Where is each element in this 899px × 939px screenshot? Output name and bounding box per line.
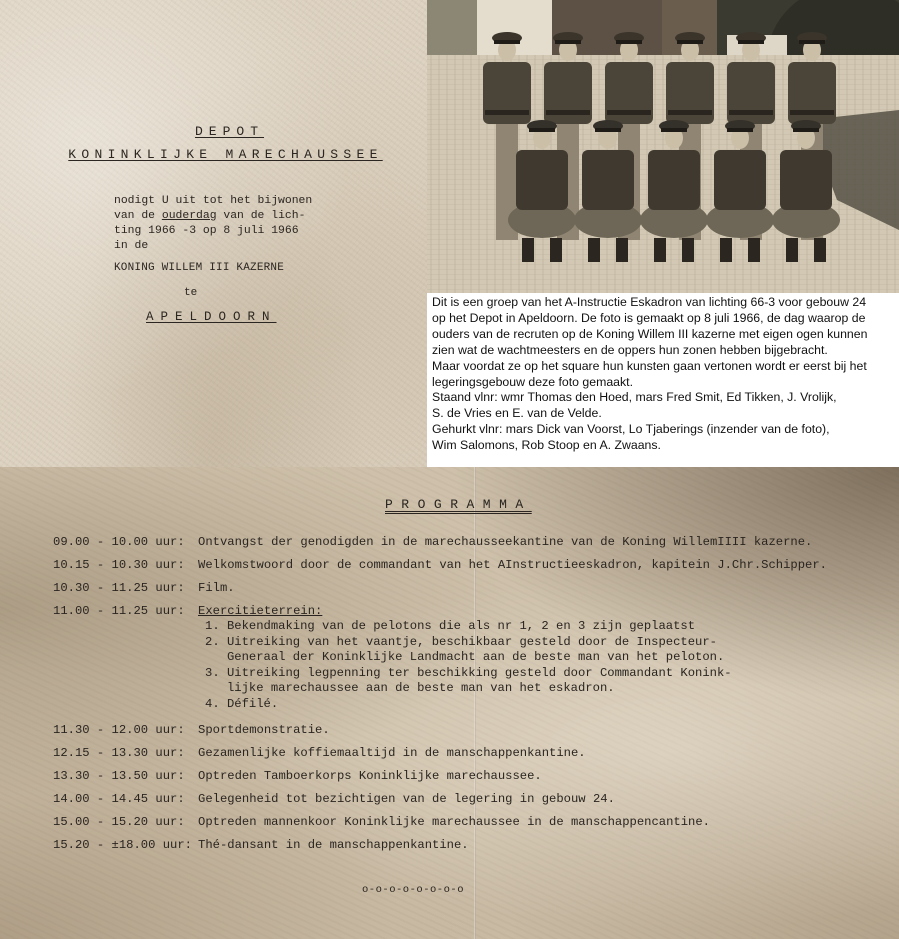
caption-line: ouders van de recruten op de Koning Will… <box>432 327 899 343</box>
schedule-time: 10.15 - 10.30 uur: <box>53 558 198 572</box>
schedule-row: 11.00 - 11.25 uur:Exercitieterrein: <box>53 604 322 618</box>
invitation-barracks: KONING WILLEM III KAZERNE <box>114 262 284 274</box>
sub-item: Generaal der Koninklijke Landmacht aan d… <box>205 650 724 664</box>
schedule-row: 12.15 - 13.30 uur:Gezamenlijke koffiemaa… <box>53 746 586 760</box>
schedule-text: Welkomstwoord door de commandant van het… <box>198 558 827 572</box>
caption-line: op het Depot in Apeldoorn. De foto is ge… <box>432 311 899 327</box>
schedule-row: 10.15 - 10.30 uur:Welkomstwoord door de … <box>53 558 827 572</box>
invitation-ouderdag: ouderdag <box>162 210 217 222</box>
caption-line: legeringsgebouw deze foto gemaakt. <box>432 375 899 391</box>
caption-line: Staand vlnr: wmr Thomas den Hoed, mars F… <box>432 390 899 406</box>
schedule-text: Film. <box>198 581 235 595</box>
invitation-line-3: ting 1966 -3 op 8 juli 1966 <box>114 225 299 237</box>
caption-line: Maar voordat ze op het square hun kunste… <box>432 359 899 375</box>
sub-item: lijke marechaussee aan de beste man van … <box>205 681 615 695</box>
programme-sheet: PROGRAMMA 09.00 - 10.00 uur:Ontvangst de… <box>0 467 899 939</box>
schedule-row: 09.00 - 10.00 uur:Ontvangst der genodigd… <box>53 535 812 549</box>
caption-line: S. de Vries en E. van de Velde. <box>432 406 899 422</box>
schedule-row: 15.20 - ±18.00 uur:Thé-dansant in de man… <box>53 838 469 852</box>
invitation-line-2a: van de <box>114 210 162 222</box>
invitation-heading-kmar: KONINKLIJKE MARECHAUSSEE <box>12 147 439 162</box>
schedule-row: 15.00 - 15.20 uur:Optreden mannenkoor Ko… <box>53 815 710 829</box>
schedule-row: 13.30 - 13.50 uur:Optreden Tamboerkorps … <box>53 769 542 783</box>
schedule-time: 13.30 - 13.50 uur: <box>53 769 198 783</box>
caption-line: Gehurkt vlnr: mars Dick van Voorst, Lo T… <box>432 422 899 438</box>
programme-title: PROGRAMMA <box>385 497 532 512</box>
schedule-time: 15.00 - 15.20 uur: <box>53 815 198 829</box>
schedule-row: 14.00 - 14.45 uur:Gelegenheid tot bezich… <box>53 792 615 806</box>
schedule-text: Ontvangst der genodigden in de marechaus… <box>198 535 812 549</box>
schedule-row: 10.30 - 11.25 uur:Film. <box>53 581 235 595</box>
schedule-time: 10.30 - 11.25 uur: <box>53 581 198 595</box>
sub-item: 1. Bekendmaking van de pelotons die als … <box>205 619 695 633</box>
schedule-time: 11.00 - 11.25 uur: <box>53 604 198 618</box>
invitation-card: DEPOT KONINKLIJKE MARECHAUSSEE nodigt U … <box>0 0 427 467</box>
invitation-heading-depot: DEPOT <box>16 124 443 139</box>
group-photo-illustration <box>427 0 899 293</box>
schedule-text: Thé-dansant in de manschappenkantine. <box>198 838 469 852</box>
schedule-text: Exercitieterrein: <box>198 604 322 618</box>
sub-item: 3. Uitreiking legpenning ter beschikking… <box>205 666 732 680</box>
invitation-line-1: nodigt U uit tot het bijwonen <box>114 195 312 207</box>
schedule-text: Optreden Tamboerkorps Koninklijke marech… <box>198 769 542 783</box>
sub-item: 2. Uitreiking van het vaantje, beschikba… <box>205 635 717 649</box>
group-photo <box>427 0 899 293</box>
schedule-time: 12.15 - 13.30 uur: <box>53 746 198 760</box>
schedule-row: 11.30 - 12.00 uur:Sportdemonstratie. <box>53 723 330 737</box>
schedule-time: 15.20 - ±18.00 uur: <box>53 838 198 852</box>
schedule-text: Optreden mannenkoor Koninklijke marechau… <box>198 815 710 829</box>
schedule-time: 09.00 - 10.00 uur: <box>53 535 198 549</box>
invitation-line-2b: van de lich- <box>217 210 306 222</box>
schedule-text: Gelegenheid tot bezichtigen van de leger… <box>198 792 615 806</box>
exercise-sub-items: 1. Bekendmaking van de pelotons die als … <box>205 619 732 713</box>
invitation-line-4: in de <box>114 240 148 252</box>
schedule-text: Sportdemonstratie. <box>198 723 330 737</box>
sub-item: 4. Défilé. <box>205 697 278 711</box>
caption-line: Dit is een groep van het A-Instructie Es… <box>432 295 899 311</box>
closing-ornament: o-o-o-o-o-o-o-o <box>362 884 464 896</box>
schedule-text: Gezamenlijke koffiemaaltijd in de mansch… <box>198 746 586 760</box>
invitation-city: APELDOORN <box>146 310 277 324</box>
schedule-time: 11.30 - 12.00 uur: <box>53 723 198 737</box>
caption-line: zien wat de wachtmeesters en de oppers h… <box>432 343 899 359</box>
invitation-body: nodigt U uit tot het bijwonen van de oud… <box>114 194 312 254</box>
invitation-te: te <box>184 287 197 299</box>
caption-line: Wim Salomons, Rob Stoop en A. Zwaans. <box>432 438 899 454</box>
photo-caption: Dit is een groep van het A-Instructie Es… <box>427 293 899 467</box>
schedule-time: 14.00 - 14.45 uur: <box>53 792 198 806</box>
